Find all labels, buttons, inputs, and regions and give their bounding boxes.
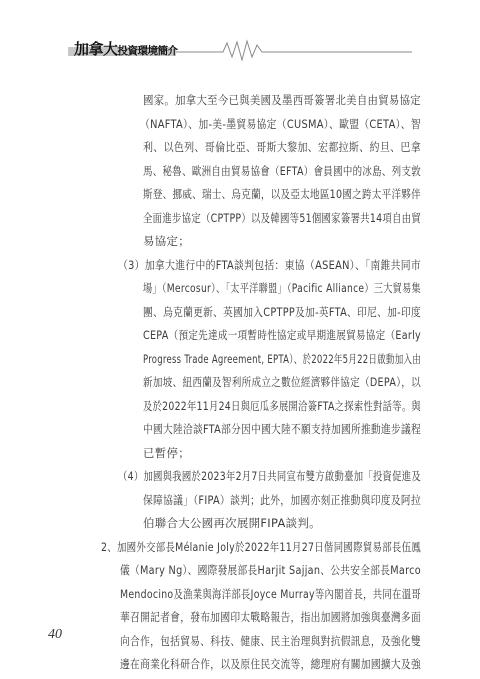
text-line: 保障協議」（FIPA）談判；此外，加國亦刻正推動與印度及阿拉 <box>143 493 421 507</box>
text-line: 易協定； <box>143 234 190 248</box>
text-line: 已暫停； <box>143 446 190 460</box>
text-line: 伯聯合大公國再次展開FIPA談判。 <box>143 516 321 530</box>
text-line: Progress Trade Agreement, EPTA）、於2022年5月… <box>143 352 421 366</box>
text-line: 團、烏克蘭更新、英國加入CPTPP及加-英FTA、印尼、加-印度 <box>143 305 421 319</box>
text-line: 2、加國外交部長Mélanie Joly於2022年11月27日偕同國際貿易部長… <box>101 540 421 554</box>
text-line: Mendocino及漁業與海洋部長Joyce Murray等內閣首長，共同在溫哥 <box>120 587 421 601</box>
text-line: 斯登、挪威、瑞士、烏克蘭，以及亞太地區10國之跨太平洋夥伴 <box>143 187 421 201</box>
text-line: 場」（Mercosur）、「太平洋聯盟」（Pacific Alliance）三大… <box>143 281 421 295</box>
text-line: 邊在商業化科研合作，以及原住民交流等，總理府有關加國擴大及強 <box>120 657 421 671</box>
text-line: （3）加拿大進行中的FTA談判包括：東協（ASEAN）、「南錐共同市 <box>118 258 421 272</box>
text-line: 中國大陸洽談FTA部分因中國大陸不願支持加國所推動進步議程 <box>143 422 421 436</box>
text-line: 華召開記者會，發布加國印太戰略報告，指出加國將加強與臺灣多面 <box>120 610 421 624</box>
text-line: 國家。加拿大至今已與美國及墨西哥簽署北美自由貿易協定 <box>143 93 421 107</box>
text-line: 全面進步協定（CPTPP）以及韓國等51個國家簽署共14項自由貿 <box>143 211 421 225</box>
text-line: （4）加國與我國於2023年2月7日共同宣布雙方啟動臺加「投資促進及 <box>118 469 421 483</box>
text-line: （NAFTA）、加-美-墨貿易協定（CUSMA）、歐盟（CETA）、智 <box>140 117 421 131</box>
text-line: 利、以色列、哥倫比亞、哥斯大黎加、宏都拉斯、約旦、巴拿 <box>143 140 421 154</box>
text-line: CEPA（預定先達成一項暫時性協定或早期進展貿易協定（Early <box>143 328 421 342</box>
text-line: 向合作，包括貿易、科技、健康、民主治理與對抗假訊息，及強化雙 <box>120 634 421 648</box>
text-line: 新加坡、紐西蘭及智利所成立之數位經濟夥伴協定（DEPA），以 <box>143 375 421 389</box>
header-zigzag-rule-icon <box>0 0 480 80</box>
text-line: 及於2022年11月24日與厄瓜多展開洽簽FTA之探索性對話等。與 <box>143 399 421 413</box>
text-line: 馬、秘魯、歐洲自由貿易協會（EFTA）會員國中的冰島、列支敦 <box>143 164 421 178</box>
page-number: 40 <box>48 627 62 643</box>
running-header: 加拿大投資環境簡介 <box>0 0 480 80</box>
text-line: 儀（Mary Ng）、國際發展部長Harjit Sajjan、公共安全部長Mar… <box>120 563 421 577</box>
